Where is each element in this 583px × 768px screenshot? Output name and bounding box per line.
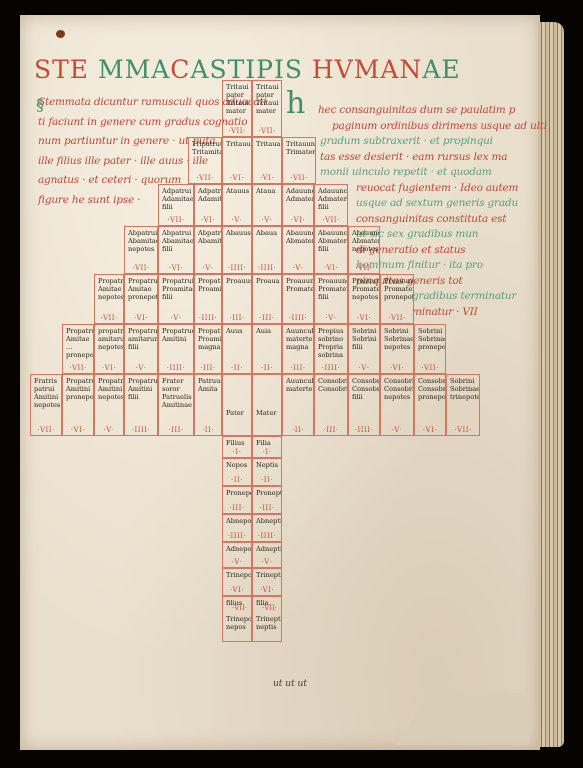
kinship-term: Proauunculi Promaterterae filii [318, 277, 345, 301]
degree-numeral: ·VI· [253, 174, 281, 182]
rubric-line: minatur · VII [412, 306, 478, 318]
stemma-cell: Abaua·IIII· [252, 226, 282, 274]
degree-numeral: ·VI· [195, 216, 221, 224]
degree-numeral: ·VII· [232, 604, 247, 612]
degree-numeral: ·III· [253, 504, 281, 512]
stemma-cell: Adneptis·V· [252, 542, 282, 568]
degree-numeral: ·IIII· [283, 314, 313, 322]
degree-numeral: ·IIII· [159, 364, 193, 372]
stemma-cell: Tritauunculus Trimatertera·VII· [282, 137, 316, 184]
kinship-term: Frater soror Patruelis Amitinae [162, 377, 191, 409]
degree-numeral: ·VII· [283, 174, 315, 182]
stemma-cell: Proauus·III· [222, 274, 252, 324]
stemma-cell: Trineptis·VI· [252, 568, 282, 596]
degree-numeral: ·V· [253, 216, 281, 224]
stemma-cell: propatruorum amitarum nepotes·VI· [94, 324, 124, 374]
kinship-term: Abauus [226, 229, 249, 237]
kinship-term: Propatrui Amitini nepotes [98, 377, 121, 401]
rubric-line: usque ad sextum generis gradu [356, 197, 518, 209]
degree-numeral: ·VII· [125, 264, 157, 272]
degree-numeral: ·IIII· [195, 314, 221, 322]
stemma-cell: Propius sobrino Propria sobrina·IIII· [314, 324, 348, 374]
stemma-cell: Trinepos·VI· [222, 568, 252, 596]
degree-numeral: ·VII· [95, 314, 123, 322]
stemma-cell: Pater [222, 374, 252, 436]
degree-numeral: ·II· [253, 476, 281, 484]
kinship-term: Propatrui Amitini filii [128, 377, 155, 401]
kinship-term: Consobrini Consobrini filii [352, 377, 377, 401]
degree-numeral: ·V· [95, 426, 123, 434]
kinship-term: Propatruus Proamita [198, 277, 219, 293]
degree-numeral: ·III· [283, 364, 313, 372]
stemma-cell: Abauunculi Abmaterterae filii·VI· [314, 226, 348, 274]
rubric-line: consanguinitas constituta est [356, 213, 506, 225]
degree-numeral: ·VI· [253, 586, 281, 594]
stemma-cell: Auunculus matertera·II· [282, 374, 314, 436]
stemma-cell: Tripatruus Tritamita·VII· [188, 137, 222, 184]
stemma-cell: Propatruus Proamita·IIII· [194, 274, 222, 324]
stemma-cell: Adpatruus Adamita·VI· [194, 184, 222, 226]
stemma-cell: Consobrini Consobrinae pronepotes·VI· [414, 374, 446, 436]
degree-numeral: ·V· [283, 264, 313, 272]
kinship-term: Filia [256, 439, 279, 447]
degree-numeral: ·II· [195, 426, 221, 434]
kinship-term: Abauunculi Abmaterterae nepotes [352, 229, 377, 253]
degree-numeral: ·VI· [315, 264, 347, 272]
stemma-cell: Sobrini Sobrini filii·V· [348, 324, 380, 374]
stemma-cell: Nepos·II· [222, 458, 252, 486]
kinship-term: Sobrini Sobrinae nepotes [384, 327, 411, 351]
degree-numeral: ·VI· [415, 426, 445, 434]
kinship-term: Tripatruus Tritamita [192, 140, 219, 156]
stemma-cell: Tritaui pater Tritaui mater·VII· [252, 80, 282, 137]
kinship-term: Ataua [256, 187, 279, 195]
kinship-term: Proauus [226, 277, 249, 285]
kinship-term: Pronepos [226, 489, 249, 497]
kinship-term: Auunculus matertera magna [286, 327, 311, 351]
degree-numeral: ·VII· [159, 216, 193, 224]
stemma-cell: Frater soror Patruelis Amitinae·III· [158, 374, 194, 436]
kinship-term: Fratris patrui Amitini nepotes [34, 377, 59, 409]
stemma-cell: Consobrini Consobrinae nepotes·V· [380, 374, 414, 436]
kinship-term: Proauunculus Promatertera [286, 277, 311, 293]
degree-numeral: ·VI· [223, 586, 251, 594]
stemma-cell: Propatruorum amitarum filii·V· [124, 324, 158, 374]
degree-numeral: ·VI· [159, 264, 193, 272]
degree-numeral: ·VII· [315, 216, 347, 224]
stemma-cell: Propatrui Amitini pronepotes·VI· [62, 374, 94, 436]
stemma-cell: Fratris patrui Amitini nepotes·VII· [30, 374, 62, 436]
rubric-line: reuocat fugientem · Ideo autem [356, 182, 518, 194]
rubric-line: tas esse desierit · eam rursus lex ma [320, 151, 507, 163]
rubric-line: hec consanguinitas dum se paulatim p [318, 104, 515, 116]
kinship-term: Sobrini Sobrini filii [352, 327, 377, 351]
stemma-cell: Proauunculi Promaterterae pronepotes·VII… [380, 274, 414, 324]
stemma-cell: Propatrui Amitini nepotes·V· [94, 374, 124, 436]
degree-numeral: ·V· [253, 558, 281, 566]
stemma-cell: Propatrui Amitae nepotes·VII· [94, 274, 124, 324]
degree-numeral: ·VI· [95, 364, 123, 372]
kinship-term: Atauus [226, 187, 249, 195]
kinship-term: Trineptis [256, 571, 279, 579]
kinship-term: Propatrui Amitini pronepotes [66, 377, 91, 401]
degree-numeral: ·IIII· [223, 264, 251, 272]
ink-stain [56, 30, 65, 38]
kinship-term: Proauunculi Promaterterae nepotes [352, 277, 377, 301]
degree-numeral: ·IIII· [223, 532, 251, 540]
stemma-cell: Consobrini Consobrini filii·IIII· [348, 374, 380, 436]
degree-numeral: ·IIII· [349, 426, 379, 434]
stemma-cell: Abpatrui Abamitae filii·VI· [158, 226, 194, 274]
kinship-term: Adpatrui Adamitae filii [162, 187, 191, 211]
kinship-term: Propatrueles Amitini [162, 327, 191, 343]
stemma-cell: Tritaui pater Tritaui mater·VII· [222, 80, 252, 137]
kinship-term: Sobrini Sobrinae pronepotes [418, 327, 443, 351]
stemma-cell: Sobrini Sobrinae trinepotes·VII· [446, 374, 480, 436]
kinship-term: Propatrui Proamitae filii [162, 277, 191, 301]
kinship-term: Abauunculi Abmaterterae filii [318, 229, 345, 253]
kinship-term: Auus [226, 327, 249, 335]
degree-numeral: ·VII· [31, 426, 61, 434]
kinship-term: Tritaui pater Tritaui mater [256, 83, 279, 115]
kinship-term: Abnepos [226, 517, 249, 525]
stemma-cell: Tritauus·VI· [222, 137, 252, 184]
kinship-term: Consobrini Consobrina [318, 377, 345, 393]
kinship-term: Tritaui pater Tritaui mater [226, 83, 249, 115]
stemma-cell: Atauus·V· [222, 184, 252, 226]
stemma-cell: Propatrui Proamitae filii·V· [158, 274, 194, 324]
degree-numeral: ·VI· [63, 426, 93, 434]
stemma-cell: Auunculus matertera magna·III· [282, 324, 314, 374]
degree-numeral: ·III· [223, 314, 251, 322]
kinship-term: Adauunculi Admaterterae filii [318, 187, 345, 211]
kinship-term: Abpatruus Abamita [198, 229, 219, 245]
stemma-cell: Propatrui Amitini filii·IIII· [124, 374, 158, 436]
rubric-line: paginum ordinibus dirimens usque ad ulti [332, 120, 547, 132]
degree-numeral: ·VII· [189, 174, 221, 182]
kinship-term: Proauunculi Promaterterae pronepotes [384, 277, 411, 301]
stemma-cell: Abnepos·IIII· [222, 514, 252, 542]
kinship-term: Filius [226, 439, 249, 447]
title-segment: A [190, 55, 209, 84]
stemma-cell: Tritaua·VI· [252, 137, 282, 184]
decorated-initial-s: § [36, 95, 44, 114]
degree-numeral: ·III· [195, 364, 221, 372]
stemma-cell: filius Trinepotis nepos [222, 596, 252, 642]
kinship-term: Abaua [256, 229, 279, 237]
stemma-cell: filia Trineptis neptis [252, 596, 282, 642]
kinship-term: Auia [256, 327, 279, 335]
degree-numeral: ·IIII· [315, 364, 347, 372]
degree-numeral: ·VII· [223, 127, 251, 135]
kinship-term: Abpatrui Abamitae nepotes [128, 229, 155, 253]
decorated-initial-h: h [286, 86, 305, 121]
degree-numeral: ·II· [223, 476, 251, 484]
degree-numeral: ·VII· [447, 426, 479, 434]
title-segment: HVMAN [303, 55, 422, 84]
kinship-term: Proneptis [256, 489, 279, 497]
degree-numeral: ·VI· [381, 364, 413, 372]
kinship-term: Patruus Amita [198, 377, 219, 393]
degree-numeral: ·V· [159, 314, 193, 322]
kinship-term: Adpatruus Adamita [198, 187, 219, 203]
kinship-term: propatruorum amitarum nepotes [98, 327, 121, 351]
stemma-cell: Propatrueles Amitini·IIII· [158, 324, 194, 374]
kinship-term: Mater [256, 377, 279, 417]
rubric-line: gradibus terminatur [412, 290, 516, 302]
stemma-cell: Proneptis·III· [252, 486, 282, 514]
degree-numeral: ·VI· [349, 314, 379, 322]
degree-numeral: ·IIII· [125, 426, 157, 434]
degree-numeral: ·V· [195, 264, 221, 272]
stemma-cell: Propatruus Proamita magna·III· [194, 324, 222, 374]
kinship-term: Auunculus matertera [286, 377, 311, 393]
kinship-term: Abauunculus Abmatertera [286, 229, 311, 245]
degree-numeral: ·III· [315, 426, 347, 434]
degree-numeral: ·VII· [253, 127, 281, 135]
stemma-cell: Abneptis·IIII· [252, 514, 282, 542]
kinship-term: Propatrui Amitae pronepotes [128, 277, 155, 301]
footer-mark: ut ut ut [273, 679, 307, 689]
degree-numeral: ·V· [223, 558, 251, 566]
degree-numeral: ·I· [253, 448, 281, 456]
degree-numeral: ·VI· [283, 216, 313, 224]
title-segment: MMA [89, 55, 170, 84]
rubric-line: gradum subtraxerit · et propinqui [320, 135, 493, 147]
rubric-line: ti faciunt in genere cum gradus cognatio [38, 116, 247, 128]
degree-numeral: ·VII· [349, 264, 379, 272]
rubric-line: figure he sunt ipse · [38, 194, 140, 206]
kinship-term: Pater [226, 377, 249, 417]
stemma-cell: Sobrini Sobrinae pronepotes·VII· [414, 324, 446, 374]
kinship-term: Propius sobrino Propria sobrina [318, 327, 345, 359]
stemma-cell: Proauunculus Promatertera·IIII· [282, 274, 314, 324]
stemma-cell: Auus·II· [222, 324, 252, 374]
kinship-term: Consobrini Consobrinae pronepotes [418, 377, 443, 401]
kinship-term: Adneptis [256, 545, 279, 553]
degree-numeral: ·II· [283, 426, 313, 434]
kinship-term: Tritaua [256, 140, 279, 148]
stemma-cell: Adpatrui Adamitae filii·VII· [158, 184, 194, 226]
rubric-line: ille filius ille pater · ille auus · ill… [38, 155, 208, 167]
degree-numeral: ·VI· [223, 174, 251, 182]
degree-numeral: ·VII· [63, 364, 93, 372]
degree-numeral: ·II· [253, 364, 281, 372]
stemma-cell: Mater [252, 374, 282, 436]
stemma-cell: Adauunculus Admatertera·VI· [282, 184, 314, 226]
kinship-term: Sobrini Sobrinae trinepotes [450, 377, 477, 401]
degree-numeral: ·II· [223, 364, 251, 372]
degree-numeral: ·V· [125, 364, 157, 372]
stemma-cell: Patruus Amita·II· [194, 374, 222, 436]
kinship-term: Propatrui Amitae nepotes [98, 277, 121, 301]
stemma-cell: Abauunculus Abmatertera·V· [282, 226, 314, 274]
kinship-term: Tritauus [226, 140, 249, 148]
stemma-cell: Filia·I· [252, 436, 282, 458]
stemma-cell: Abpatruus Abamita·V· [194, 226, 222, 274]
kinship-term: Abneptis [256, 517, 279, 525]
stemma-cell: Auia·II· [252, 324, 282, 374]
title-segment: STE [34, 55, 89, 84]
stemma-cell: Proaua·III· [252, 274, 282, 324]
stemma-cell: Sobrini Sobrinae nepotes·VI· [380, 324, 414, 374]
degree-numeral: ·VII· [262, 604, 277, 612]
degree-numeral: ·V· [381, 426, 413, 434]
stemma-cell: Adauunculi Admaterterae filii·VII· [314, 184, 348, 226]
kinship-term: Proaua [256, 277, 279, 285]
stemma-cell: Abauunculi Abmaterterae nepotes·VII· [348, 226, 380, 274]
degree-numeral: ·V· [349, 364, 379, 372]
rubric-line: monii uinculo repetit · et quodam [320, 166, 492, 178]
degree-numeral: ·III· [223, 504, 251, 512]
kinship-term: Trinepos [226, 571, 249, 579]
kinship-term: Abpatrui Abamitae filii [162, 229, 191, 253]
kinship-term: Consobrini Consobrinae nepotes [384, 377, 411, 401]
degree-numeral: ·V· [315, 314, 347, 322]
degree-numeral: ·IIII· [253, 264, 281, 272]
kinship-term: Propatruorum amitarum filii [128, 327, 155, 351]
kinship-term: Tritauunculus Trimatertera [286, 140, 313, 156]
stemma-cell: Adnepos·V· [222, 542, 252, 568]
stemma-cell: Pronepos·III· [222, 486, 252, 514]
degree-numeral: ·VI· [125, 314, 157, 322]
stemma-cell: Proauunculi Promaterterae filii·V· [314, 274, 348, 324]
stemma-cell: Proauunculi Promaterterae nepotes·VI· [348, 274, 380, 324]
title-segment: C [170, 55, 190, 84]
degree-numeral: ·III· [159, 426, 193, 434]
stemma-cell: Propatruorum Amitae ... pronepotes·VII· [62, 324, 94, 374]
degree-numeral: ·V· [223, 216, 251, 224]
stemma-cell: Neptis·II· [252, 458, 282, 486]
stemma-cell: Consobrini Consobrina·III· [314, 374, 348, 436]
stemma-cell: Abauus·IIII· [222, 226, 252, 274]
kinship-term: Adnepos [226, 545, 249, 553]
degree-numeral: ·VII· [415, 364, 445, 372]
kinship-term: Propatruorum Amitae ... pronepotes [66, 327, 91, 359]
stemma-cell: Ataua·V· [252, 184, 282, 226]
kinship-term: Neptis [256, 461, 279, 469]
degree-numeral: ·III· [253, 314, 281, 322]
stemma-cell: Propatrui Amitae pronepotes·VI· [124, 274, 158, 324]
kinship-term: Nepos [226, 461, 249, 469]
stemma-cell: Abpatrui Abamitae nepotes·VII· [124, 226, 158, 274]
title-segment: AE [422, 55, 460, 84]
kinship-term: Propatruus Proamita magna [198, 327, 219, 351]
degree-numeral: ·I· [223, 448, 251, 456]
degree-numeral: ·VII· [381, 314, 413, 322]
kinship-term: Adauunculus Admatertera [286, 187, 311, 203]
degree-numeral: ·IIII· [253, 532, 281, 540]
stemma-cell: Filius·I· [222, 436, 252, 458]
